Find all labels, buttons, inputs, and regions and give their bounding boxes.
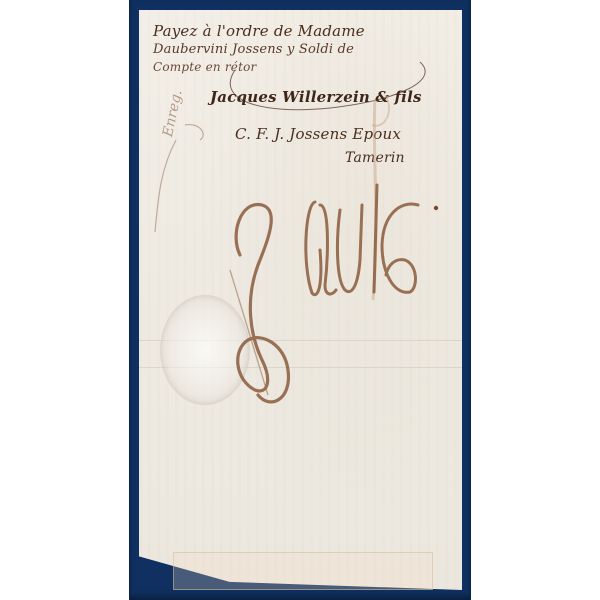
embossed-seal [160, 295, 250, 405]
endorser-name: C. F. J. Jossens Epoux [235, 125, 401, 143]
endorser-place: Tamerin [345, 150, 405, 166]
faint-stamp-box [173, 552, 433, 590]
endorsement-line-1: Payez à l'ordre de Madame [153, 22, 365, 40]
endorsement-line-3: Compte en rétor [153, 60, 256, 74]
endorsement-line-2: Daubervini Jossens y Soldi de [153, 42, 354, 57]
signature-firm: Jacques Willerzein & fils [210, 88, 422, 106]
